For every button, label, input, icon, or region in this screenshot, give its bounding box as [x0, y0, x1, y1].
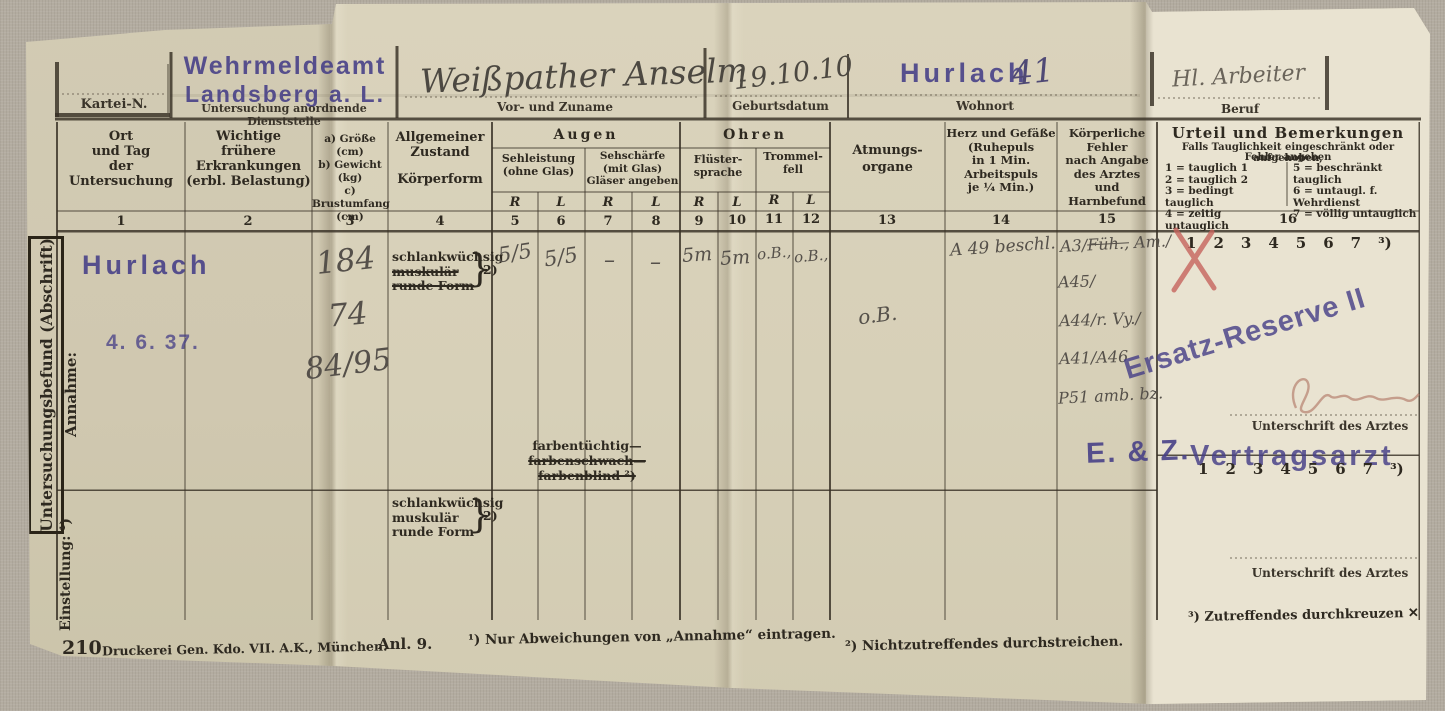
colnum-2: 2: [238, 214, 258, 229]
r-label-fluester: R: [689, 195, 709, 210]
col14-header: Herz und Gefäße(Ruhepuls in 1 Min.Arbeit…: [945, 127, 1057, 195]
trommelfell-r-value: o.B.,: [756, 243, 792, 264]
wohnort-number-handwritten: 41: [1010, 50, 1056, 93]
euz-stamp: E. & Z.: [1085, 434, 1190, 471]
colnum-12: 12: [799, 212, 823, 227]
atmung-value: o.B.: [857, 301, 899, 330]
farben-options: farbentüchtig—farbenschwach— farbenblind…: [494, 438, 680, 483]
colnum-5: 5: [505, 214, 525, 229]
fehler-line-2: A45/: [1058, 271, 1096, 291]
annahme-label: Annahme:: [62, 352, 80, 437]
anlage-label: Anl. 9.: [378, 635, 432, 653]
trommelfell-l-value: o.B.,: [793, 246, 829, 267]
einstellung-label-wrap: Einstellung: ¹): [58, 495, 74, 655]
colnum-16: 16: [1276, 212, 1300, 227]
fluester-r-value: 5m: [681, 243, 713, 267]
koerperform-row1: schlankwüchsig muskulär runde Form } 2): [392, 250, 492, 294]
colnum-7: 7: [598, 214, 618, 229]
l-label-seh: L: [551, 195, 571, 210]
annahme-label-wrap: Annahme:: [62, 285, 80, 505]
colnum-10: 10: [725, 213, 749, 228]
fluester-l-value: 5m: [719, 246, 751, 270]
befund-box: Untersuchungsbefund (Abschrift): [28, 236, 64, 534]
befund-label: Untersuchungsbefund (Abschrift): [37, 238, 56, 532]
col16-legend-left: 1 = tauglich 12 = tauglich 2 3 = bedingt…: [1165, 163, 1283, 232]
col2-header: Wichtigefrühere Erkrankungen(erbl. Belas…: [185, 129, 312, 189]
colnum-1: 1: [111, 214, 131, 229]
kartei-number-label: Kartei-N.: [62, 97, 166, 112]
col13-header: Atmungs-organe: [830, 142, 945, 176]
r-label-seh: R: [505, 195, 525, 210]
photo-of-form: { "document": { "kartei_label": "Kartei-…: [0, 0, 1445, 711]
name-field-label: Vor- und Zuname: [455, 100, 655, 114]
medical-examination-form: Kartei-N. Wehrmeldeamt Landsberg a. L. U…: [0, 0, 1445, 711]
beruf-field-label: Beruf: [1190, 102, 1290, 116]
col4-header: AllgemeinerZustand Körperform: [388, 130, 492, 187]
colnum-11: 11: [762, 212, 786, 227]
birthdate-field-label: Geburtsdatum: [718, 99, 843, 113]
col3-header: a) Größe (cm)b) Gewicht (kg) c) Brustumf…: [312, 133, 388, 224]
office-stamp: Wehrmeldeamt Landsberg a. L.: [176, 52, 394, 108]
form-note: 2): [483, 508, 498, 523]
colnum-3: 3: [340, 214, 360, 229]
sehleistung-header: Sehleistung(ohne Glas): [492, 152, 585, 178]
red-cross-mark: [1168, 224, 1220, 296]
sehschaerfe-header: Sehschärfe(mit Glas) Gläser angeben: [585, 150, 680, 188]
fehler-line-3: A44/r. Vy./: [1059, 309, 1141, 331]
col1-header: Ortund Tag derUntersuchung: [57, 129, 185, 189]
doctor-signature: [1282, 368, 1422, 418]
koerperform-row2: schlankwüchsig muskulär runde Form } 2): [392, 496, 492, 540]
colnum-9: 9: [689, 214, 709, 229]
colnum-15: 15: [1095, 212, 1119, 227]
wohnort-field-label: Wohnort: [920, 99, 1050, 113]
unterschrift-label-row1: Unterschrift des Arztes: [1245, 419, 1415, 433]
office-stamp-line1: Wehrmeldeamt: [176, 52, 394, 81]
col16-legend-right: 5 = beschränkt tauglich6 = untaugl. f. W…: [1293, 163, 1419, 221]
sehschaerfe-r-value: –: [604, 248, 615, 273]
gewicht-value: 74: [327, 295, 369, 334]
r-label-schaerfe: R: [598, 195, 618, 210]
groesse-value: 184: [314, 240, 377, 282]
l-label-schaerfe: L: [646, 195, 666, 210]
fluester-header: Flüster-sprache: [680, 153, 756, 179]
col16-title: Urteil und Bemerkungen: [1157, 124, 1419, 142]
col15-header: KörperlicheFehler nach Angabedes Arztes …: [1057, 127, 1157, 208]
l-label-fluester: L: [727, 195, 747, 210]
l-label-trommel: L: [801, 193, 821, 208]
paper-sheet: Kartei-N. Wehrmeldeamt Landsberg a. L. U…: [0, 0, 1445, 711]
sehschaerfe-l-value: –: [650, 250, 661, 275]
unterschrift-label-row2: Unterschrift des Arztes: [1245, 566, 1415, 580]
rating-scale-row2: 12 34 56 7³): [1198, 460, 1404, 478]
augen-group-header: Augen: [492, 127, 680, 143]
trommelfell-header: Trommel-fell: [756, 150, 830, 176]
colnum-14: 14: [989, 213, 1013, 228]
einstellung-label: Einstellung: ¹): [58, 518, 74, 631]
wohnort-stamp: Hurlach: [900, 58, 1029, 89]
ohren-group-header: Ohren: [680, 127, 830, 143]
form-number: 210: [62, 637, 102, 659]
r-label-trommel: R: [764, 193, 784, 208]
office-field-label: Untersuchung anordnende Dienststelle: [174, 102, 394, 128]
colnum-8: 8: [646, 214, 666, 229]
ort-stamp: Hurlach: [82, 250, 211, 281]
colnum-4: 4: [430, 214, 450, 229]
colnum-13: 13: [875, 213, 899, 228]
datum-stamp: 4. 6. 37.: [106, 331, 200, 355]
form-note: 2): [483, 262, 498, 277]
colnum-6: 6: [551, 214, 571, 229]
